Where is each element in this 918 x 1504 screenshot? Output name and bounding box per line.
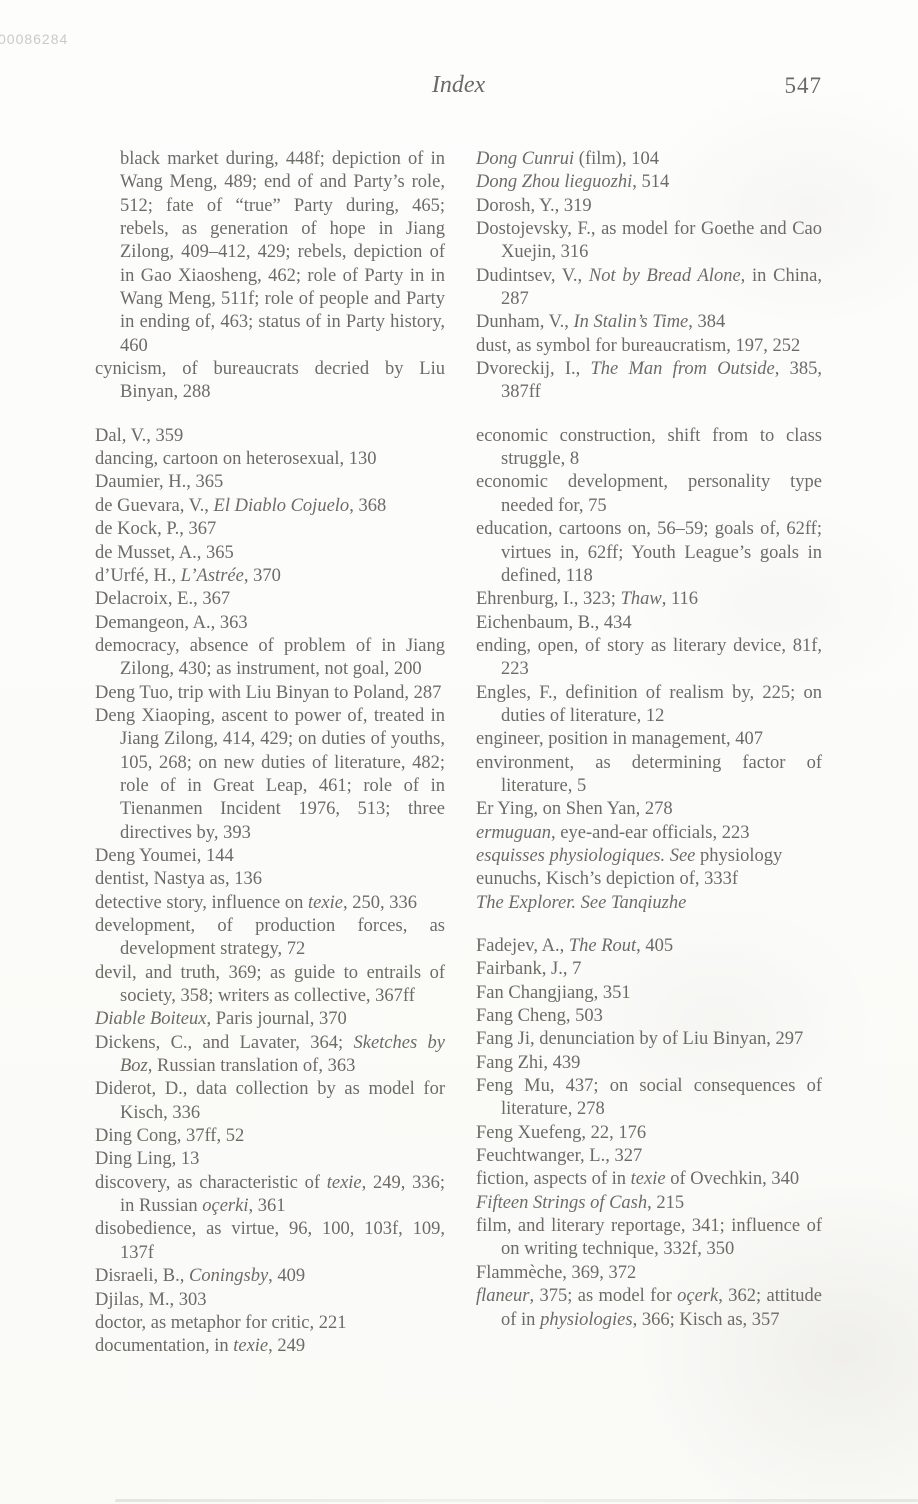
entry-text-italic: The Man from Outside [591,359,775,379]
index-entry: Daumier, H., 365 [95,471,445,494]
entry-text-italic: texie [308,893,343,913]
index-entry: Fadejev, A., The Rout, 405 [476,935,822,958]
entry-text: Deng Tuo, trip with Liu Binyan to Poland… [95,683,441,703]
index-entry: flaneur, 375; as model for oçerk, 362; a… [476,1285,822,1332]
index-section: economic construction, shift from to cla… [476,425,822,915]
index-entry: doctor, as metaphor for critic, 221 [95,1312,445,1335]
entry-text: de Kock, P., 367 [95,519,216,539]
entry-text: film, and literary reportage, 341; influ… [476,1216,822,1259]
index-entry: documentation, in texie, 249 [95,1335,445,1358]
index-section: Dal, V., 359dancing, cartoon on heterose… [95,425,445,1359]
entry-text: of Ovechkin, 340 [666,1169,800,1189]
entry-text-italic: esquisses physiologiques. See [476,846,695,866]
entry-text-italic: Coningsby [189,1266,268,1286]
entry-text-italic: El Diablo Cojuelo [214,496,350,516]
index-entry: detective story, influence on texie, 250… [95,892,445,915]
entry-text: Dvoreckij, I., [476,359,591,379]
index-entry: ending, open, of story as literary devic… [476,635,822,682]
index-entry: Deng Xiaoping, ascent to power of, treat… [95,705,445,845]
index-entry: Delacroix, E., 367 [95,588,445,611]
index-entry: Diderot, D., data collection by as model… [95,1078,445,1125]
entry-text: d’Urfé, H., [95,566,181,586]
index-entry: devil, and truth, 369; as guide to entra… [95,962,445,1009]
entry-text-italic: The Rout [569,936,636,956]
entry-text: , 366; Kisch as, 357 [633,1310,780,1330]
entry-text: Fadejev, A., [476,936,569,956]
index-entry: black market during, 448f; depiction of … [95,148,445,358]
entry-text: Feuchtwanger, L., 327 [476,1146,642,1166]
entry-text: Diderot, D., data collection by as model… [95,1079,445,1122]
entry-text-italic: texie [327,1173,362,1193]
index-entry: fiction, aspects of in texie of Ovechkin… [476,1168,822,1191]
entry-text: , 405 [636,936,673,956]
index-entry: Ding Cong, 37ff, 52 [95,1125,445,1148]
index-entry: Diable Boiteux, Paris journal, 370 [95,1008,445,1031]
index-entry: economic development, personality type n… [476,471,822,518]
index-entry: film, and literary reportage, 341; influ… [476,1215,822,1262]
index-entry: ermuguan, eye-and-ear officials, 223 [476,822,822,845]
index-entry: Dunham, V., In Stalin’s Time, 384 [476,311,822,334]
index-entry: Feng Xuefeng, 22, 176 [476,1122,822,1145]
entry-text: dentist, Nastya as, 136 [95,869,262,889]
entry-text: , 215 [647,1193,684,1213]
entry-text: Eichenbaum, B., 434 [476,613,632,633]
index-entry: eunuchs, Kisch’s depiction of, 333f [476,868,822,891]
index-entry: Flammèche, 369, 372 [476,1262,822,1285]
index-entry: Fairbank, J., 7 [476,958,822,981]
index-entry: d’Urfé, H., L’Astrée, 370 [95,565,445,588]
entry-text: Deng Youmei, 144 [95,846,234,866]
entry-text: (film), 104 [574,149,659,169]
index-entry: Eichenbaum, B., 434 [476,612,822,635]
index-entry: Deng Youmei, 144 [95,845,445,868]
index-entry: Dal, V., 359 [95,425,445,448]
entry-text: Feng Mu, 437; on social consequences of … [476,1076,822,1119]
entry-text-italic: The Explorer. See Tanqiuzhe [476,893,686,913]
page-header: Index 547 [95,72,822,102]
entry-text: democracy, absence of problem of in Jian… [95,636,445,679]
index-entry: Djilas, M., 303 [95,1289,445,1312]
entry-text-italic: texie [233,1336,268,1356]
index-entry: Dudintsev, V., Not by Bread Alone, in Ch… [476,265,822,312]
entry-text: Fang Cheng, 503 [476,1006,603,1026]
entry-text: , 249 [268,1336,305,1356]
index-entry: disobedience, as virtue, 96, 100, 103f, … [95,1218,445,1265]
entry-text: , 116 [662,589,698,609]
page-title: Index [95,72,822,99]
entry-text: cynicism, of bureaucrats decried by Liu … [95,359,445,402]
entry-text: dust, as symbol for bureaucratism, 197, … [476,336,800,356]
entry-text: Er Ying, on Shen Yan, 278 [476,799,673,819]
index-entry: Fang Zhi, 439 [476,1052,822,1075]
entry-text: Dorosh, Y., 319 [476,196,592,216]
index-entry: The Explorer. See Tanqiuzhe [476,892,822,915]
index-entry: Fang Ji, denunciation by of Liu Binyan, … [476,1028,822,1051]
entry-text: documentation, in [95,1336,233,1356]
index-entry: Dong Zhou lieguozhi, 514 [476,171,822,194]
index-entry: Fang Cheng, 503 [476,1005,822,1028]
entry-text: de Guevara, V., [95,496,214,516]
entry-text-italic: ermuguan [476,823,551,843]
entry-text: Ding Cong, 37ff, 52 [95,1126,244,1146]
entry-text: engineer, position in management, 407 [476,729,763,749]
entry-text: economic construction, shift from to cla… [476,426,822,469]
entry-text: disobedience, as virtue, 96, 100, 103f, … [95,1219,445,1262]
index-entry: dust, as symbol for bureaucratism, 197, … [476,335,822,358]
entry-text-italic: Thaw [621,589,662,609]
entry-text: Djilas, M., 303 [95,1290,207,1310]
entry-text: , 375; as model for [529,1286,677,1306]
entry-text: Fan Changjiang, 351 [476,983,631,1003]
entry-text: development, of production forces, as de… [95,916,445,959]
index-entry: Ehrenburg, I., 323; Thaw, 116 [476,588,822,611]
entry-text-italic: L’Astrée [181,566,244,586]
entry-text-italic: flaneur [476,1286,529,1306]
index-entry: Dickens, C., and Lavater, 364; Sketches … [95,1032,445,1079]
index-entry: Deng Tuo, trip with Liu Binyan to Poland… [95,682,445,705]
scanned-page: 00086284 Index 547 black market during, … [0,0,918,1504]
index-entry: Ding Ling, 13 [95,1148,445,1171]
entry-text: economic development, personality type n… [476,472,822,515]
index-entry: dentist, Nastya as, 136 [95,868,445,891]
entry-text: detective story, influence on [95,893,308,913]
entry-text: Delacroix, E., 367 [95,589,230,609]
entry-text: Ding Ling, 13 [95,1149,199,1169]
index-entry: dancing, cartoon on heterosexual, 130 [95,448,445,471]
index-entry: Demangeon, A., 363 [95,612,445,635]
index-entry: Feuchtwanger, L., 327 [476,1145,822,1168]
entry-text: , 250, 336 [343,893,417,913]
entry-text: , 368 [349,496,386,516]
entry-text: Dostojevsky, F., as model for Goethe and… [476,219,822,262]
page-number: 547 [785,73,823,99]
index-column-left: black market during, 448f; depiction of … [95,148,445,1359]
entry-text: physiology [695,846,782,866]
entry-text: environment, as determining factor of li… [476,753,822,796]
entry-text-italic: In Stalin’s Time [573,312,688,332]
entry-text: , 514 [632,172,669,192]
index-entry: Fan Changjiang, 351 [476,982,822,1005]
index-entry: cynicism, of bureaucrats decried by Liu … [95,358,445,405]
entry-text: black market during, 448f; depiction of … [120,149,445,356]
index-entry: Disraeli, B., Coningsby, 409 [95,1265,445,1288]
index-section: black market during, 448f; depiction of … [95,148,445,405]
entry-text-italic: Fifteen Strings of Cash [476,1193,647,1213]
entry-text: fiction, aspects of in [476,1169,631,1189]
index-entry: de Musset, A., 365 [95,542,445,565]
index-entry: development, of production forces, as de… [95,915,445,962]
index-entry: Dong Cunrui (film), 104 [476,148,822,171]
index-entry: Dvoreckij, I., The Man from Outside, 385… [476,358,822,405]
index-entry: Er Ying, on Shen Yan, 278 [476,798,822,821]
entry-text-italic: Dong Zhou lieguozhi [476,172,632,192]
entry-text: Fang Ji, denunciation by of Liu Binyan, … [476,1029,803,1049]
index-entry: esquisses physiologiques. See physiology [476,845,822,868]
index-entry: engineer, position in management, 407 [476,728,822,751]
entry-text-italic: physiologies [540,1310,633,1330]
entry-text: de Musset, A., 365 [95,543,234,563]
index-entry: education, cartoons on, 56–59; goals of,… [476,518,822,588]
entry-text: doctor, as metaphor for critic, 221 [95,1313,347,1333]
entry-text-italic: Not by Bread Alone [589,266,741,286]
entry-text: Ehrenburg, I., 323; [476,589,621,609]
entry-text: Dal, V., 359 [95,426,183,446]
index-entry: Dorosh, Y., 319 [476,195,822,218]
entry-text: Fairbank, J., 7 [476,959,581,979]
entry-text: Deng Xiaoping, ascent to power of, treat… [95,706,445,843]
index-entry: democracy, absence of problem of in Jian… [95,635,445,682]
scan-bottom-edge-artifact [115,1499,918,1502]
entry-text: , 384 [688,312,725,332]
entry-text: discovery, as characteristic of [95,1173,327,1193]
entry-text: Daumier, H., 365 [95,472,223,492]
entry-text: Dudintsev, V., [476,266,589,286]
index-entry: discovery, as characteristic of texie, 2… [95,1172,445,1219]
entry-text: education, cartoons on, 56–59; goals of,… [476,519,822,586]
index-entry: de Kock, P., 367 [95,518,445,541]
scan-id-label: 00086284 [0,31,68,47]
entry-text: , eye-and-ear officials, 223 [551,823,749,843]
entry-text: eunuchs, Kisch’s depiction of, 333f [476,869,738,889]
index-entry: Engles, F., definition of realism by, 22… [476,682,822,729]
entry-text: Fang Zhi, 439 [476,1053,580,1073]
entry-text: , 409 [268,1266,305,1286]
index-entry: Feng Mu, 437; on social consequences of … [476,1075,822,1122]
index-entry: de Guevara, V., El Diablo Cojuelo, 368 [95,495,445,518]
entry-text: Disraeli, B., [95,1266,189,1286]
entry-text: Flammèche, 369, 372 [476,1263,636,1283]
index-entry: economic construction, shift from to cla… [476,425,822,472]
entry-text: Dickens, C., and Lavater, 364; [95,1033,354,1053]
entry-text-italic: Diable Boiteux [95,1009,206,1029]
entry-text: , 361 [248,1196,285,1216]
entry-text: , Paris journal, 370 [206,1009,346,1029]
entry-text: Demangeon, A., 363 [95,613,248,633]
entry-text: Engles, F., definition of realism by, 22… [476,683,822,726]
entry-text: devil, and truth, 369; as guide to entra… [95,963,445,1006]
entry-text-italic: Dong Cunrui [476,149,574,169]
entry-text: Dunham, V., [476,312,573,332]
entry-text-italic: texie [631,1169,666,1189]
index-section: Dong Cunrui (film), 104Dong Zhou lieguoz… [476,148,822,405]
index-section: Fadejev, A., The Rout, 405Fairbank, J., … [476,935,822,1332]
index-entry: environment, as determining factor of li… [476,752,822,799]
index-entry: Fifteen Strings of Cash, 215 [476,1192,822,1215]
entry-text: dancing, cartoon on heterosexual, 130 [95,449,377,469]
index-column-right: Dong Cunrui (film), 104Dong Zhou lieguoz… [476,148,822,1332]
entry-text: ending, open, of story as literary devic… [476,636,822,679]
entry-text-italic: oçerk [677,1286,718,1306]
entry-text-italic: oçerki [202,1196,248,1216]
entry-text: Feng Xuefeng, 22, 176 [476,1123,646,1143]
entry-text: , 370 [244,566,281,586]
entry-text: , Russian translation of, 363 [148,1056,356,1076]
index-entry: Dostojevsky, F., as model for Goethe and… [476,218,822,265]
